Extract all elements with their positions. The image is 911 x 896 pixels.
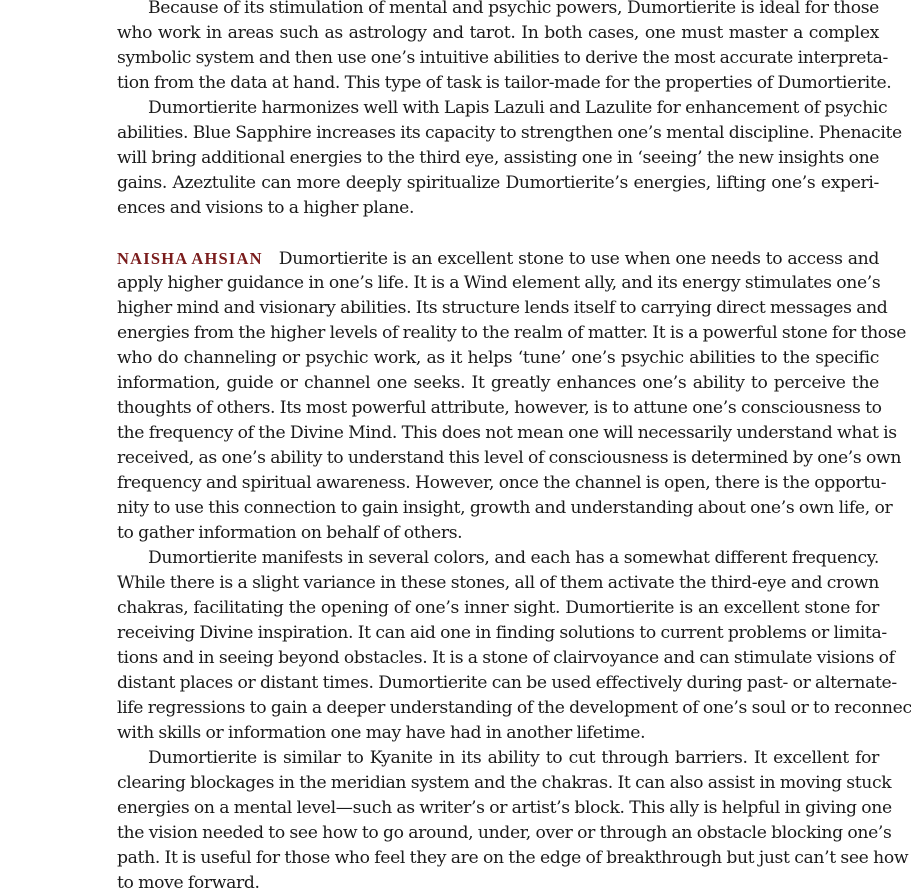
text-line: abilities. Blue Sapphire increases its c… — [117, 121, 879, 146]
text-line: clearing blockages in the meridian syste… — [117, 771, 879, 796]
text-line: apply higher guidance in one’s life. It … — [117, 271, 879, 296]
text-line: While there is a slight variance in thes… — [117, 571, 879, 596]
text-line: receiving Divine inspiration. It can aid… — [117, 621, 879, 646]
text-line: who do channeling or psychic work, as it… — [117, 346, 879, 371]
text-line: nity to use this connection to gain insi… — [117, 496, 879, 521]
text-line: Because of its stimulation of mental and… — [117, 0, 879, 21]
paragraph-psychic-powers: Because of its stimulation of mental and… — [117, 0, 879, 96]
text-line: will bring additional energies to the th… — [117, 146, 879, 171]
text-line: tions and in seeing beyond obstacles. It… — [117, 646, 879, 671]
text-line: path. It is useful for those who feel th… — [117, 846, 879, 871]
paragraph-author-intro: NAISHA AHSIAN Dumortierite is an excelle… — [117, 246, 879, 546]
text-line: Dumortierite harmonizes well with Lapis … — [117, 96, 879, 121]
text-line: frequency and spiritual awareness. Howev… — [117, 471, 879, 496]
text-line: symbolic system and then use one’s intui… — [117, 46, 879, 71]
text-line: chakras, facilitating the opening of one… — [117, 596, 879, 621]
text-line: Dumortierite manifests in several colors… — [117, 546, 879, 571]
section-spacer — [117, 221, 879, 246]
paragraph-kyanite: Dumortierite is similar to Kyanite in it… — [117, 746, 879, 896]
text-line: thoughts of others. Its most powerful at… — [117, 396, 879, 421]
text-line: tion from the data at hand. This type of… — [117, 71, 879, 96]
text-line-rest: Dumortierite is an excellent stone to us… — [279, 247, 879, 272]
text-line: energies on a mental level—such as write… — [117, 796, 879, 821]
text-line: with skills or information one may have … — [117, 721, 879, 746]
text-line: Dumortierite is similar to Kyanite in it… — [117, 746, 879, 771]
text-line: higher mind and visionary abilities. Its… — [117, 296, 879, 321]
author-name: NAISHA AHSIAN — [117, 246, 263, 271]
text-line: the vision needed to see how to go aroun… — [117, 821, 879, 846]
text-line: information, guide or channel one seeks.… — [117, 371, 879, 396]
text-line: the frequency of the Divine Mind. This d… — [117, 421, 879, 446]
paragraph-harmonizes: Dumortierite harmonizes well with Lapis … — [117, 96, 879, 221]
text-line: who work in areas such as astrology and … — [117, 21, 879, 46]
text-line: to gather information on behalf of other… — [117, 521, 879, 546]
author-first-line: NAISHA AHSIAN Dumortierite is an excelle… — [117, 246, 879, 271]
paragraph-colors: Dumortierite manifests in several colors… — [117, 546, 879, 746]
book-page: Because of its stimulation of mental and… — [117, 0, 879, 896]
text-line: energies from the higher levels of reali… — [117, 321, 879, 346]
text-line: ences and visions to a higher plane. — [117, 196, 879, 221]
text-line: distant places or distant times. Dumorti… — [117, 671, 879, 696]
text-line: to move forward. — [117, 871, 879, 896]
text-line: life regressions to gain a deeper unders… — [117, 696, 879, 721]
text-line: received, as one’s ability to understand… — [117, 446, 879, 471]
text-line: gains. Azeztulite can more deeply spirit… — [117, 171, 879, 196]
